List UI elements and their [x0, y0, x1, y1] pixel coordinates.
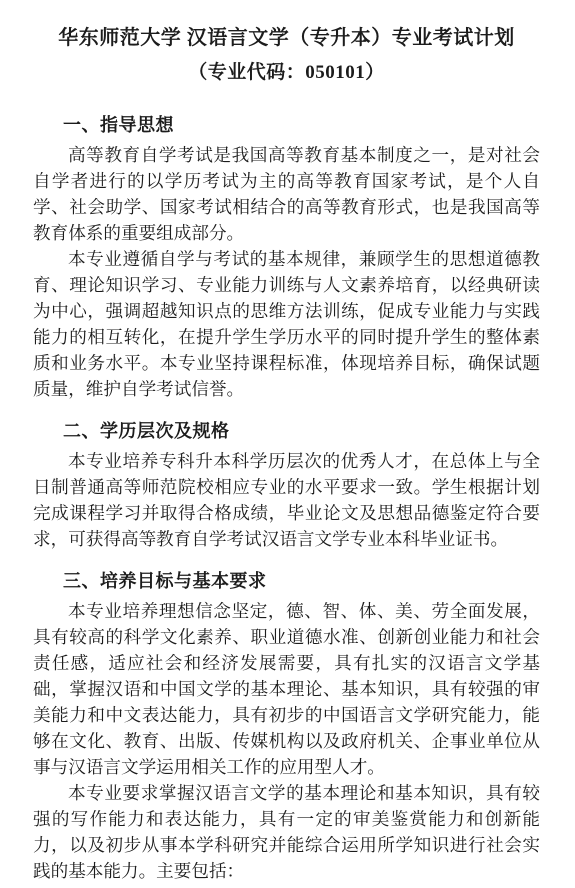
section-2-paragraph-1: 本专业培养专科升本科学历层次的优秀人才，在总体上与全日制普通高等师范院校相应专业…	[33, 448, 540, 552]
section-3-paragraph-2: 本专业要求掌握汉语言文学的基本理论和基本知识，具有较强的写作能力和表达能力，具有…	[33, 780, 540, 884]
section-education-level: 二、学历层次及规格 本专业培养专科升本科学历层次的优秀人才，在总体上与全日制普通…	[33, 418, 540, 552]
section-1-paragraph-2: 本专业遵循自学与考试的基本规律，兼顾学生的思想道德教育、理论知识学习、专业能力训…	[33, 246, 540, 402]
section-1-paragraph-1: 高等教育自学考试是我国高等教育基本制度之一，是对社会自学者进行的以学历考试为主的…	[33, 142, 540, 246]
section-2-heading: 二、学历层次及规格	[33, 418, 540, 444]
section-3-heading: 三、培养目标与基本要求	[33, 568, 540, 594]
document-title: 华东师范大学 汉语言文学（专升本）专业考试计划	[33, 24, 540, 52]
section-3-paragraph-1: 本专业培养理想信念坚定，德、智、体、美、劳全面发展，具有较高的科学文化素养、职业…	[33, 598, 540, 780]
document-subtitle: （专业代码：050101）	[33, 59, 540, 87]
section-training-objectives: 三、培养目标与基本要求 本专业培养理想信念坚定，德、智、体、美、劳全面发展，具有…	[33, 568, 540, 884]
section-guiding-ideology: 一、指导思想 高等教育自学考试是我国高等教育基本制度之一，是对社会自学者进行的以…	[33, 112, 540, 402]
section-1-heading: 一、指导思想	[33, 112, 540, 138]
document-page: 华东师范大学 汉语言文学（专升本）专业考试计划 （专业代码：050101） 一、…	[0, 0, 575, 888]
